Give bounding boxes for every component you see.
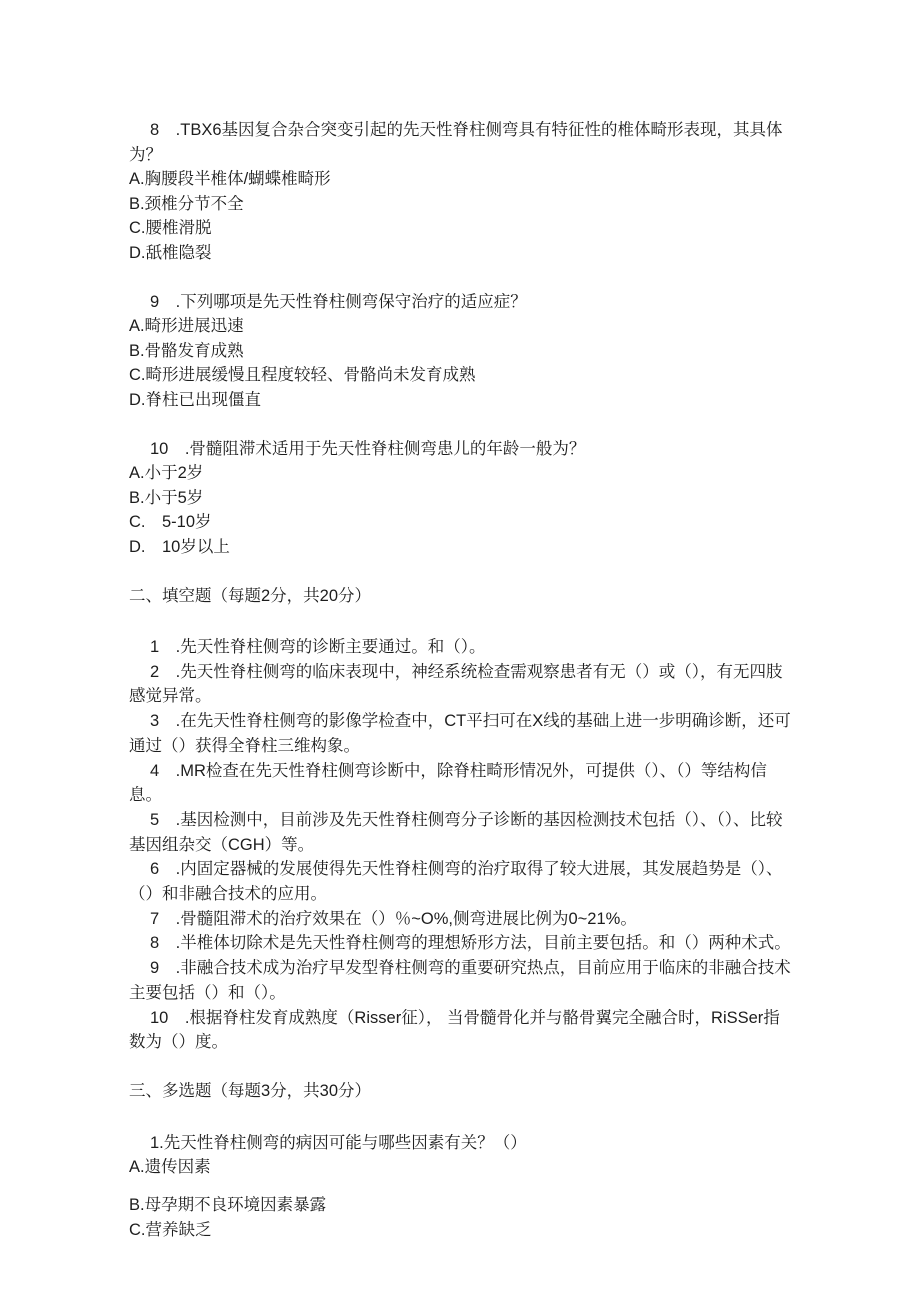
multi-question-1-stem: 1.先天性脊柱侧弯的病因可能与哪些因素有关？（） — [129, 1131, 792, 1156]
question-9-option-d: D.脊柱已出现僵直 — [129, 388, 792, 413]
fill-item-5: 5 .基因检测中，目前涉及先天性脊柱侧弯分子诊断的基因检测技术包括（）、（）、比… — [129, 808, 792, 857]
multi-question-1-option-b: B.母孕期不良环境因素暴露 — [129, 1193, 792, 1218]
question-10-option-b: B.小于5岁 — [129, 486, 792, 511]
fill-item-7: 7 .骨髓阻滞术的治疗效果在（）％~O%,侧弯进展比例为0~21%。 — [129, 907, 792, 932]
fill-item-1: 1 .先天性脊柱侧弯的诊断主要通过。和（）。 — [129, 635, 792, 660]
question-8-block: 8 .TBX6基因复合杂合突变引起的先天性脊柱侧弯具有特征性的椎体畸形表现，其具… — [129, 118, 792, 265]
fill-item-8: 8 .半椎体切除术是先天性脊柱侧弯的理想矫形方法，目前主要包括。和（）两种术式。 — [129, 931, 792, 956]
fill-item-2: 2 .先天性脊柱侧弯的临床表现中，神经系统检查需观察患者有无（）或（），有无四肢… — [129, 660, 792, 709]
question-8-option-d: D.舐椎隐裂 — [129, 241, 792, 266]
multi-question-1-option-a: A.遗传因素 — [129, 1155, 792, 1180]
question-9-option-c: C.畸形进展缓慢且程度较轻、骨骼尚未发育成熟 — [129, 363, 792, 388]
section-title-fill-in: 二、填空题（每题2分，共20分） — [129, 584, 792, 609]
single-choice-section: 8 .TBX6基因复合杂合突变引起的先天性脊柱侧弯具有特征性的椎体畸形表现，其具… — [129, 118, 792, 559]
question-9-option-a: A.畸形进展迅速 — [129, 314, 792, 339]
question-10-stem: 10 .骨髓阻滞术适用于先天性脊柱侧弯患儿的年龄一般为？ — [129, 437, 792, 462]
question-8-option-c: C.腰椎滑脱 — [129, 216, 792, 241]
fill-item-4: 4 .MR检查在先天性脊柱侧弯诊断中，除脊柱畸形情况外，可提供（）、（）等结构信… — [129, 759, 792, 808]
section-title-multi-choice: 三、多选题（每题3分，共30分） — [129, 1079, 792, 1104]
question-8-option-b: B.颈椎分节不全 — [129, 192, 792, 217]
question-10-option-a: A.小于2岁 — [129, 461, 792, 486]
fill-item-6: 6 .内固定器械的发展使得先天性脊柱侧弯的治疗取得了较大进展，其发展趋势是（）、… — [129, 857, 792, 906]
question-9-stem: 9 .下列哪项是先天性脊柱侧弯保守治疗的适应症？ — [129, 290, 792, 315]
multi-question-1-block: 1.先天性脊柱侧弯的病因可能与哪些因素有关？（） A.遗传因素 B.母孕期不良环… — [129, 1131, 792, 1243]
question-9-block: 9 .下列哪项是先天性脊柱侧弯保守治疗的适应症？ A.畸形进展迅速 B.骨骼发育… — [129, 290, 792, 413]
question-8-option-a: A.胸腰段半椎体/蝴蝶椎畸形 — [129, 167, 792, 192]
question-10-option-d: D. 10岁以上 — [129, 535, 792, 560]
exam-document-page: 8 .TBX6基因复合杂合突变引起的先天性脊柱侧弯具有特征性的椎体畸形表现，其具… — [0, 0, 920, 1301]
fill-item-9: 9 .非融合技术成为治疗早发型脊柱侧弯的重要研究热点，目前应用于临床的非融合技术… — [129, 956, 792, 1005]
fill-in-section: 1 .先天性脊柱侧弯的诊断主要通过。和（）。 2 .先天性脊柱侧弯的临床表现中，… — [129, 635, 792, 1055]
fill-item-3: 3 .在先天性脊柱侧弯的影像学检查中，CT平扫可在X线的基础上进一步明确诊断，还… — [129, 709, 792, 758]
fill-item-10: 10 .根据脊柱发育成熟度（Risser征）， 当骨髓骨化并与骼骨翼完全融合时，… — [129, 1006, 792, 1055]
question-8-stem: 8 .TBX6基因复合杂合突变引起的先天性脊柱侧弯具有特征性的椎体畸形表现，其具… — [129, 118, 792, 167]
question-9-option-b: B.骨骼发育成熟 — [129, 339, 792, 364]
question-10-block: 10 .骨髓阻滞术适用于先天性脊柱侧弯患儿的年龄一般为？ A.小于2岁 B.小于… — [129, 437, 792, 560]
question-10-option-c: C. 5-10岁 — [129, 510, 792, 535]
multi-choice-section: 1.先天性脊柱侧弯的病因可能与哪些因素有关？（） A.遗传因素 B.母孕期不良环… — [129, 1131, 792, 1243]
multi-question-1-option-c: C.营养缺乏 — [129, 1218, 792, 1243]
